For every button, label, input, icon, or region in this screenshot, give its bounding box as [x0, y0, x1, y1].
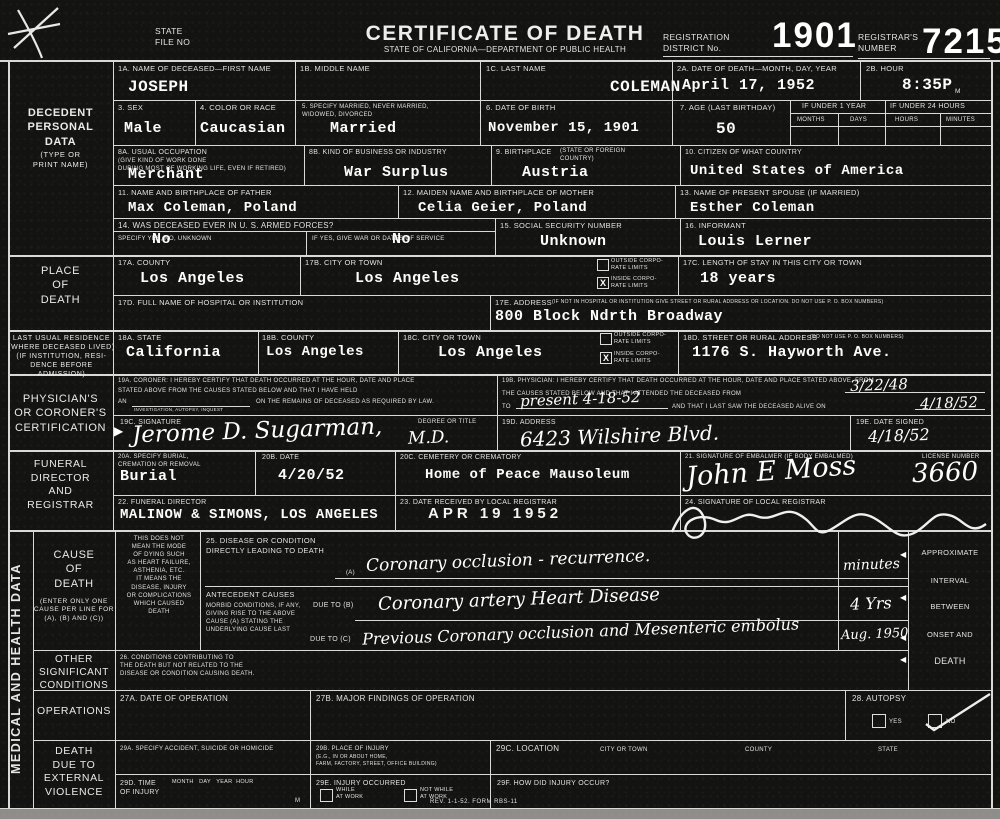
section-label-decedent-sub: (TYPE OR PRINT NAME) [8, 150, 113, 170]
interval-word-5: DEATH [910, 656, 990, 668]
coroner-cert-line2: STATED ABOVE FROM THE CAUSES STATED BELO… [118, 387, 493, 395]
field-value-cemetery: Home of Peace Mausoleum [425, 467, 630, 483]
attended-from-date: 3/22/48 [850, 375, 908, 395]
field-value-industry: War Surplus [344, 164, 449, 181]
field-label-18a: 18A. STATE [118, 333, 162, 343]
field-value-armed-forces: No [152, 231, 171, 248]
grid-line [0, 60, 1000, 62]
grid-line [113, 145, 993, 146]
field-value-mother: Celia Geier, Poland [418, 200, 587, 216]
field-value-date-of-birth: November 15, 1901 [488, 120, 639, 136]
interval-arrow-icon: ◀ [900, 655, 906, 664]
grid-line [115, 530, 116, 808]
coroner-cert-line3b: ON THE REMAINS OF DECEASED AS REQUIRED B… [256, 398, 434, 406]
grid-line [33, 690, 993, 691]
field-value-age: 50 [716, 120, 736, 138]
field-value-sex: Male [124, 120, 162, 137]
grid-line [491, 145, 492, 185]
section-label-operations: OPERATIONS [33, 705, 115, 719]
section-label-medical-vertical: MEDICAL AND HEALTH DATA [9, 534, 23, 804]
registration-district-label: REGISTRATION DISTRICT No. [663, 32, 730, 54]
under-1-year-months: MONTHS [797, 116, 825, 124]
cause-line-b-interval: 4 Yrs [850, 593, 892, 613]
field-value-city: Los Angeles [355, 270, 460, 287]
field-value-last-name: COLEMAN [610, 78, 681, 96]
field-value-burial: Burial [120, 468, 177, 485]
section-label-decedent: DECEDENT PERSONAL DATA [8, 106, 113, 149]
coroner-cert-line3a: AN [118, 398, 127, 406]
section-label-cause-of-death: CAUSE OF DEATH [33, 548, 115, 591]
field-label-15: 15. SOCIAL SECURITY NUMBER [500, 221, 622, 231]
grid-line [678, 255, 679, 295]
grid-line [200, 530, 201, 650]
field-label-22: 22. FUNERAL DIRECTOR [118, 498, 206, 507]
inside-limits-label: INSIDE CORPO- RATE LIMITS [611, 276, 657, 290]
grid-line [678, 330, 679, 374]
field-value-res-state: California [126, 344, 221, 361]
grid-line [113, 100, 993, 101]
field-label-2b: 2B. HOUR [866, 64, 904, 74]
field-label-27a: 27A. DATE OF OPERATION [120, 694, 228, 704]
grid-line [8, 374, 993, 376]
field-label-20a: 20A. SPECIFY BURIAL, CREMATION OR REMOVA… [118, 453, 201, 469]
grid-line [255, 450, 256, 495]
cause-line-c-prefix: DUE TO (C) [310, 635, 351, 644]
field-label-18d: 18D. STREET OR RURAL ADDRESS [683, 333, 817, 343]
field-label-3: 3. SEX [118, 103, 143, 113]
grid-line [908, 530, 909, 690]
autopsy-yes-label: YES [889, 718, 902, 726]
field-value-hour: 8:35P [902, 76, 953, 94]
field-label-5: 5. SPECIFY MARRIED, NEVER MARRIED, WIDOW… [302, 103, 429, 119]
field-label-17c: 17C. LENGTH OF STAY IN THIS CITY OR TOWN [683, 258, 862, 268]
field-label-16: 16. INFORMANT [685, 221, 746, 231]
res-outside-limits-checkbox [600, 333, 612, 345]
license-number-value: 3660 [911, 457, 978, 489]
field-label-26: 26. CONDITIONS CONTRIBUTING TO THE DEATH… [120, 654, 255, 678]
field-value-date-of-death: April 17, 1952 [682, 77, 815, 94]
grid-line [680, 218, 681, 255]
field-label-13: 13. NAME OF PRESENT SPOUSE (IF MARRIED) [680, 188, 860, 198]
grid-line [8, 255, 993, 257]
location-state-label: STATE [878, 746, 898, 754]
degree-value: M.D. [408, 427, 450, 448]
field-label-4: 4. COLOR OR RACE [200, 103, 276, 113]
field-value-first-name: JOSEPH [128, 78, 189, 96]
cause-line-a-prefix: (A) [346, 569, 355, 577]
registrar-number-value: 7215 [922, 22, 1000, 62]
grid-line [113, 218, 993, 219]
grid-line [335, 578, 908, 579]
coroner-cert-line1: 19A. CORONER: I HEREBY CERTIFY THAT DEAT… [118, 377, 493, 385]
cause-line-a-value: Coronary occlusion - recurrence. [366, 546, 651, 576]
location-city-label: CITY OR TOWN [600, 746, 648, 754]
field-label-18b: 18B. COUNTY [262, 333, 314, 343]
degree-or-title-label: DEGREE OR TITLE [418, 418, 476, 426]
field-label-8a: 8A. USUAL OCCUPATION [118, 148, 207, 157]
field-value-spouse: Esther Coleman [690, 200, 815, 216]
grid-line [790, 113, 993, 114]
time-of-injury-meridiem: M [295, 797, 300, 805]
grid-line [304, 145, 305, 185]
field-value-res-city: Los Angeles [438, 344, 543, 361]
coroner-cert-line3-sub: INVESTIGATION, AUTOPSY, INQUEST [134, 407, 223, 413]
grid-line [398, 330, 399, 374]
grid-line [480, 60, 481, 145]
antecedent-causes-label: ANTECEDENT CAUSES [206, 590, 295, 600]
field-value-county: Los Angeles [140, 270, 245, 287]
field-label-7: 7. AGE (LAST BIRTHDAY) [680, 103, 775, 113]
field-label-29a: 29A. SPECIFY ACCIDENT, SUICIDE OR HOMICI… [120, 745, 305, 753]
field-label-2a: 2A. DATE OF DEATH—MONTH, DAY, YEAR [677, 64, 837, 74]
grid-line [306, 231, 307, 255]
field-label-28: 28. AUTOPSY [852, 694, 906, 704]
location-county-label: COUNTY [745, 746, 772, 754]
field-label-10: 10. CITIZEN OF WHAT COUNTRY [685, 148, 802, 157]
grid-line [672, 60, 673, 145]
cause-note: THIS DOES NOT MEAN THE MODE OF DYING SUC… [120, 535, 198, 616]
field-label-17a: 17A. COUNTY [118, 258, 170, 268]
field-label-17e: 17E. ADDRESS [495, 298, 552, 308]
grid-line [860, 60, 861, 100]
grid-line [680, 145, 681, 185]
section-label-funeral: FUNERAL DIRECTOR AND REGISTRAR [8, 458, 113, 513]
grid-line [113, 415, 993, 416]
field-value-funeral-director: MALINOW & SIMONS, LOS ANGELES [120, 507, 378, 523]
cause-line-a-interval: minutes [843, 556, 900, 574]
under-24-hours-label: IF UNDER 24 HOURS [890, 102, 965, 111]
interval-word-2: INTERVAL [910, 576, 990, 586]
while-at-work-label: WHILE AT WORK [336, 787, 363, 802]
field-value-war-service: No [392, 231, 411, 248]
physician-cert-line3a: TO [502, 403, 511, 411]
field-label-29c: 29C. LOCATION [496, 744, 559, 754]
physician-cert-line1: 19B. PHYSICIAN: I HEREBY CERTIFY THAT DE… [502, 377, 987, 385]
field-label-9-sub: (STATE OR FOREIGN COUNTRY) [560, 147, 625, 163]
grid-line [8, 330, 993, 332]
cause-line-c-interval: Aug. 1950 [841, 626, 909, 643]
outside-limits-label: OUTSIDE CORPO- RATE LIMITS [611, 258, 663, 272]
res-outside-limits-label: OUTSIDE CORPO- RATE LIMITS [614, 332, 666, 346]
attended-to-date: present 4-18-52 [520, 388, 641, 410]
section-label-last-usual-residence: LAST USUAL RESIDENCE (WHERE DECEASED LIV… [8, 334, 115, 379]
grid-line [310, 690, 311, 740]
registration-district-number: 1901 [772, 16, 858, 56]
grid-line [663, 56, 853, 57]
field-label-29f: 29F. HOW DID INJURY OCCUR? [497, 779, 610, 788]
grid-line [295, 60, 296, 145]
signature-arrow-icon: ▶ [114, 424, 123, 438]
field-label-17b: 17B. CITY OR TOWN [305, 258, 383, 268]
grid-line [258, 330, 259, 374]
field-value-father: Max Coleman, Poland [128, 200, 297, 216]
state-file-label: STATE FILE NO [155, 26, 190, 48]
field-value-informant: Louis Lerner [698, 233, 812, 250]
field-value-death-address: 800 Block Ndrth Broadway [495, 308, 723, 325]
death-certificate-scan: STATE FILE NO CERTIFICATE OF DEATH STATE… [0, 0, 1000, 819]
res-inside-limits-checkbox: X [600, 352, 612, 364]
cause-line-b-prefix: DUE TO (B) [313, 601, 353, 610]
time-of-injury-columns: MONTH DAY YEAR HOUR [172, 779, 253, 786]
under-1-year-label: IF UNDER 1 YEAR [802, 102, 866, 111]
grid-line [395, 450, 396, 530]
grid-line [675, 185, 676, 218]
field-label-29d: 29D. TIME OF INJURY [120, 779, 160, 798]
field-value-res-county: Los Angeles [266, 344, 364, 360]
date-signed-value: 4/18/52 [868, 425, 930, 446]
grid-line [115, 774, 993, 775]
grid-line [113, 295, 993, 296]
field-label-18d-sub: (DO NOT USE P. O. BOX NUMBERS) [810, 334, 904, 341]
field-label-1a: 1A. NAME OF DECEASED—FIRST NAME [118, 64, 271, 74]
autopsy-no-checkmark [920, 692, 995, 732]
under-24-hours: HOURS [895, 116, 918, 124]
field-value-citizenship: United States of America [690, 163, 904, 179]
antecedent-causes-sub: MORBID CONDITIONS, IF ANY, GIVING RISE T… [206, 602, 300, 634]
field-label-29b: 29B. PLACE OF INJURY [316, 745, 389, 753]
grid-line [490, 295, 491, 330]
interval-word-3: BETWEEN [910, 602, 990, 612]
not-while-at-work-checkbox [404, 789, 417, 802]
field-value-occupation: Merchant [128, 166, 204, 183]
field-label-29b-sub: (E.G., IN OR ABOUT HOME, FARM, FACTORY, … [316, 754, 486, 768]
interval-arrow-icon: ◀ [900, 593, 906, 602]
grid-line [790, 126, 993, 127]
field-label-14: 14. WAS DECEASED EVER IN U. S. ARMED FOR… [118, 221, 334, 231]
while-at-work-checkbox [320, 789, 333, 802]
grid-line [790, 100, 791, 145]
inside-limits-checkbox: X [597, 277, 609, 289]
field-value-res-address: 1176 S. Hayworth Ave. [692, 344, 892, 361]
field-value-birthplace: Austria [522, 164, 589, 181]
grid-line [497, 374, 498, 450]
res-inside-limits-label: INSIDE CORPO- RATE LIMITS [614, 351, 660, 365]
autopsy-yes-checkbox [872, 714, 886, 728]
grid-line [838, 113, 839, 145]
grid-line [113, 185, 993, 186]
page-title: CERTIFICATE OF DEATH [335, 22, 675, 46]
field-label-25: 25. DISEASE OR CONDITION DIRECTLY LEADIN… [206, 536, 324, 556]
field-label-1b: 1B. MIDDLE NAME [300, 64, 370, 74]
scan-edge-strip [0, 809, 1000, 819]
field-label-20c: 20C. CEMETERY OR CREMATORY [400, 453, 522, 462]
field-label-6: 6. DATE OF BIRTH [486, 103, 556, 113]
grid-line [850, 415, 851, 450]
under-1-year-days: DAYS [850, 116, 867, 124]
field-label-18c: 18C. CITY OR TOWN [403, 333, 481, 343]
corner-mark-icon [6, 2, 68, 62]
field-label-27b: 27B. MAJOR FINDINGS OF OPERATION [316, 694, 475, 704]
field-value-hour-meridiem: M [955, 88, 961, 96]
field-label-14b: IF YES, GIVE WAR OR DATES OF SERVICE [312, 235, 445, 243]
grid-line [310, 740, 311, 808]
section-label-place-of-death: PLACE OF DEATH [8, 264, 113, 307]
field-label-17d: 17D. FULL NAME OF HOSPITAL OR INSTITUTIO… [118, 298, 303, 308]
field-label-9: 9. BIRTHPLACE [496, 148, 552, 157]
section-label-other-conditions: OTHER SIGNIFICANT CONDITIONS [33, 653, 115, 692]
field-value-ssn: Unknown [540, 233, 607, 250]
grid-line [940, 113, 941, 145]
grid-line [33, 740, 993, 741]
local-registrar-signature [662, 492, 992, 552]
under-24-minutes: MINUTES [946, 116, 975, 124]
grid-line [398, 185, 399, 218]
section-label-certification: PHYSICIAN'S OR CORONER'S CERTIFICATION [8, 392, 113, 435]
last-seen-alive-date: 4/18/52 [920, 393, 978, 413]
registrar-date-stamp: APR 19 1952 [428, 505, 562, 522]
field-label-20b: 20B. DATE [262, 453, 299, 462]
registrar-number-label: REGISTRAR'S NUMBER [858, 32, 918, 54]
section-label-cause-sub: (ENTER ONLY ONE CAUSE PER LINE FOR (A), … [33, 598, 115, 623]
outside-limits-checkbox [597, 259, 609, 271]
interval-word-4: ONSET AND [910, 630, 990, 640]
cause-line-b-value: Coronary artery Heart Disease [378, 584, 660, 615]
grid-line [300, 255, 301, 295]
field-value-length-of-stay: 18 years [700, 270, 776, 287]
field-value-race: Caucasian [200, 120, 286, 137]
physician-cert-line3b: AND THAT I LAST SAW THE DECEASED ALIVE O… [672, 403, 826, 411]
section-label-violence: DEATH DUE TO EXTERNAL VIOLENCE [33, 745, 115, 800]
field-label-17e-sub: (IF NOT IN HOSPITAL OR INSTITUTION GIVE … [552, 299, 982, 306]
grid-line [495, 218, 496, 255]
field-label-11: 11. NAME AND BIRTHPLACE OF FATHER [118, 188, 272, 198]
form-revision-label: REV. 1-1-52. FORM RBS-11 [430, 798, 518, 806]
grid-line [33, 650, 908, 651]
field-label-1c: 1C. LAST NAME [486, 64, 546, 74]
grid-line [885, 100, 886, 145]
field-label-12: 12. MAIDEN NAME AND BIRTHPLACE OF MOTHER [403, 188, 594, 198]
page-subtitle: STATE OF CALIFORNIA—DEPARTMENT OF PUBLIC… [335, 45, 675, 55]
grid-line [845, 690, 846, 740]
field-value-burial-date: 4/20/52 [278, 467, 345, 484]
field-label-8b: 8B. KIND OF BUSINESS OR INDUSTRY [309, 148, 447, 157]
grid-line [195, 100, 196, 145]
field-value-marital: Married [330, 120, 397, 137]
